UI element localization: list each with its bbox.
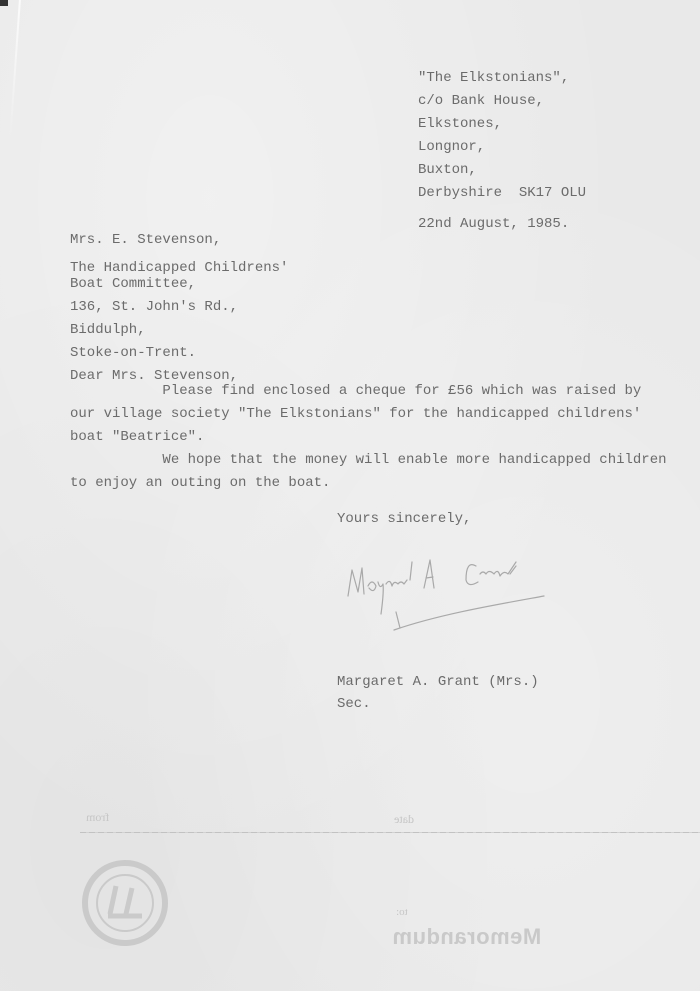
paper-crease: [9, 0, 21, 140]
body-line: Please find enclosed a cheque for £56 wh…: [70, 383, 641, 399]
signatory-name: Margaret A. Grant (Mrs.): [337, 674, 539, 690]
handwritten-signature: [330, 548, 570, 638]
recipient-town: Biddulph,: [70, 322, 146, 338]
bleed-rule-line: [80, 832, 700, 833]
recipient-name: Mrs. E. Stevenson,: [70, 232, 221, 248]
sender-line: "The Elkstonians",: [418, 70, 569, 86]
bleed-from-label: from: [86, 810, 109, 825]
sender-line: Longnor,: [418, 139, 485, 155]
body-line: boat "Beatrice".: [70, 429, 204, 445]
recipient-street: 136, St. John's Rd.,: [70, 299, 238, 315]
scan-corner-shadow: [0, 0, 8, 6]
salutation: Dear Mrs. Stevenson,: [70, 368, 238, 384]
sender-line: c/o Bank House,: [418, 93, 544, 109]
signatory-title: Sec.: [337, 696, 371, 712]
bleed-to-label: to:: [396, 906, 408, 918]
bleed-memorandum-title: Memorandum: [392, 924, 541, 950]
letter-date: 22nd August, 1985.: [418, 216, 569, 232]
bleed-circular-logo-icon: [80, 858, 170, 948]
sender-line: Buxton,: [418, 162, 477, 178]
recipient-org-line1: The Handicapped Childrens': [70, 260, 288, 276]
bleed-date-label: date: [394, 812, 414, 827]
body-line: We hope that the money will enable more …: [70, 452, 667, 468]
sender-line: Derbyshire SK17 OLU: [418, 185, 586, 201]
closing: Yours sincerely,: [337, 511, 471, 527]
body-line: to enjoy an outing on the boat.: [70, 475, 330, 491]
recipient-city: Stoke-on-Trent.: [70, 345, 196, 361]
letter-page: "The Elkstonians", c/o Bank House, Elkst…: [0, 0, 700, 991]
sender-line: Elkstones,: [418, 116, 502, 132]
recipient-org-line2: Boat Committee,: [70, 276, 196, 292]
body-line: our village society "The Elkstonians" fo…: [70, 406, 641, 422]
